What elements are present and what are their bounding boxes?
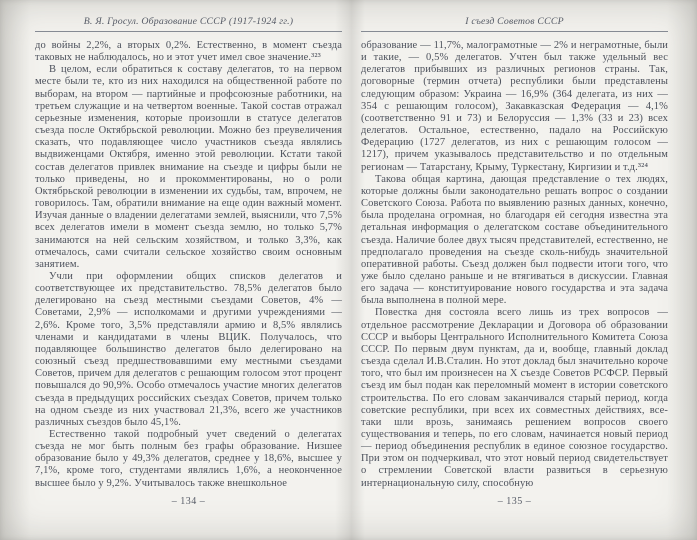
paragraph: образование — 11,7%, малограмотные — 2% … [361, 40, 668, 174]
right-page-number: – 135 – [361, 496, 668, 507]
paragraph: В целом, если обратиться к составу делег… [35, 64, 342, 271]
left-running-header: В. Я. Гросул. Образование СССР (1917-192… [35, 16, 342, 32]
paragraph: Повестка дня состояла всего лишь из трех… [361, 307, 668, 489]
paragraph: Такова общая картина, дающая представлен… [361, 174, 668, 308]
book-spread: В. Я. Гросул. Образование СССР (1917-192… [0, 0, 697, 540]
left-page-body: до войны 2,2%, а вторых 0,2%. Естественн… [35, 40, 342, 490]
left-page-edge-shadow [0, 0, 30, 540]
left-page-number: – 134 – [35, 496, 342, 507]
right-header-title: I съезд Советов СССР [465, 16, 564, 27]
right-running-header: I съезд Советов СССР [361, 16, 668, 32]
left-page: В. Я. Гросул. Образование СССР (1917-192… [35, 16, 342, 507]
right-page-body: образование — 11,7%, малограмотные — 2% … [361, 40, 668, 490]
right-page: I съезд Советов СССР образование — 11,7%… [361, 16, 668, 507]
right-page-edge-shadow [667, 0, 697, 540]
paragraph: Учли при оформлении общих списков делега… [35, 271, 342, 429]
left-header-title: В. Я. Гросул. Образование СССР (1917-192… [84, 16, 294, 27]
paragraph: Естественно такой подробный учет сведени… [35, 429, 342, 490]
paragraph: до войны 2,2%, а вторых 0,2%. Естественн… [35, 40, 342, 64]
